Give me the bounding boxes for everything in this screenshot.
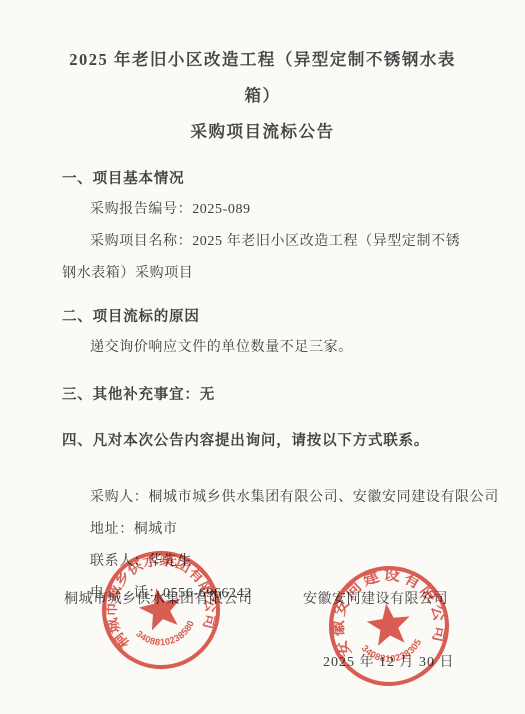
- section-heading: 一、项目基本情况: [62, 164, 463, 194]
- section-supplementary: 三、其他补充事宜：无: [62, 380, 463, 410]
- contact-buyer-line: 采购人：桐城市城乡供水集团有限公司、安徽安同建设有限公司: [62, 482, 463, 514]
- seal-number-arc-text: 3408810238305: [358, 636, 427, 669]
- red-seal-icon: 桐城市城乡供水集团有限公司 3408810238580: [87, 536, 234, 683]
- seal-star-icon: [136, 584, 186, 632]
- section-basic-info: 一、项目基本情况 采购报告编号：2025-089 采购项目名称：2025 年老旧…: [62, 164, 463, 290]
- contact-address-line: 地址：桐城市: [62, 514, 463, 546]
- section-heading: 二、项目流标的原因: [62, 302, 463, 332]
- document-content: 2025 年老旧小区改造工程（异型定制不锈钢水表箱） 采购项目流标公告 一、项目…: [0, 0, 525, 610]
- page-title-line2: 采购项目流标公告: [62, 114, 463, 150]
- company-seal-right: 安徽安同建设有限公司 3408810238305: [319, 556, 459, 696]
- red-seal-icon: 安徽安同建设有限公司 3408810238305: [319, 556, 459, 696]
- announcement-document-page: 2025 年老旧小区改造工程（异型定制不锈钢水表箱） 采购项目流标公告 一、项目…: [0, 0, 525, 714]
- section-heading: 四、凡对本次公告内容提出询问，请按以下方式联系。: [62, 426, 463, 456]
- section-heading: 三、其他补充事宜：无: [62, 380, 463, 410]
- paragraph: 递交询价响应文件的单位数量不足三家。: [62, 332, 463, 364]
- section-failure-reason: 二、项目流标的原因 递交询价响应文件的单位数量不足三家。: [62, 302, 463, 364]
- paragraph: 采购项目名称：2025 年老旧小区改造工程（异型定制不锈钢水表箱）采购项目: [62, 226, 463, 290]
- page-title: 2025 年老旧小区改造工程（异型定制不锈钢水表箱） 采购项目流标公告: [62, 42, 463, 150]
- company-seal-left: 桐城市城乡供水集团有限公司 3408810238580: [87, 536, 234, 683]
- seal-number-arc-text: 3408810238580: [133, 617, 200, 653]
- section-inquiry: 四、凡对本次公告内容提出询问，请按以下方式联系。: [62, 426, 463, 456]
- paragraph: 采购报告编号：2025-089: [62, 194, 463, 226]
- seal-star-icon: [365, 601, 413, 647]
- page-title-line1: 2025 年老旧小区改造工程（异型定制不锈钢水表箱）: [62, 42, 463, 114]
